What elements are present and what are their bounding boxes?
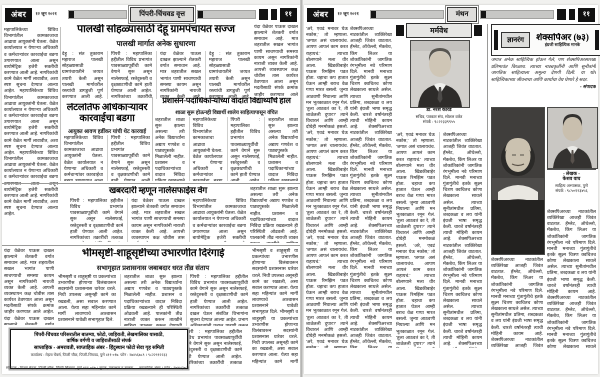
body-column: शेक्सपिअरच्या नाटकांतील व्यक्तिरेखा आजही… [350, 26, 392, 348]
body-column: पिंपरी : महापालिका हद्दीतील विविध प्रभाग… [227, 117, 261, 181]
body-column: पिंपरी : महापालिका हद्दीतील विविध प्रभाग… [107, 51, 152, 99]
man-portrait-icon [548, 108, 597, 168]
body-column: शहरातील शाळा सुरू झाल्या असल्या तरी अनेक… [120, 274, 182, 326]
page-fold-divider [300, 0, 303, 377]
body-column: पिंपरी : महापालिका हद्दीतील विविध प्रभाग… [184, 329, 242, 366]
body-column: भीमसृष्टी व शाहूसृष्टी या प्रकल्पांच्या … [252, 248, 298, 365]
marmvedh-columns: 'अरे, एवढं मनावर घेऊ नकोस,' तो म्हणाला. … [396, 132, 482, 348]
decor-block [569, 9, 575, 20]
decor-block [271, 9, 277, 20]
marmvedh-photo [410, 40, 470, 108]
shakespeare-title-wrap: शेक्सपिअर (७३) इंग्रजी साहित्यिक मानके [533, 33, 592, 47]
body-column: शहरातील शाळा सुरू झाल्या असल्या तरी अनेक… [250, 186, 298, 243]
dnyanrang-label: ज्ञानरंग [501, 32, 530, 48]
body-column: पिंपरी : महापालिका हद्दीतील विविध प्रभाग… [107, 135, 150, 181]
newspaper-spread: अंबर १२ जून २०२१ पिंपरी-चिंचवड वृत्त ११ … [0, 0, 600, 377]
body-column: शेक्सपिअरच्या नाटकांतील व्यक्तिरेखा आजही… [491, 257, 543, 349]
column-header-marmvedh: मर्मवेध [396, 24, 482, 37]
ad-box: पिंपरी-चिंचवड परिसरातील बातम्या, फोटो, ज… [10, 329, 188, 369]
body-column: शेक्सपिअरच्या नाटकांतील व्यक्तिरेखा आजही… [547, 209, 596, 348]
subhead-vidyarthi: शाळा सुरू होऊनही विद्यार्थी शालेय साहित्… [155, 108, 298, 116]
caption-phone: संपर्क : ९८२२३३९९५५ [396, 119, 482, 124]
body-column: पिंपरी : महापालिका हद्दीतील विविध प्रभाग… [70, 198, 123, 242]
masthead-bar [197, 10, 256, 19]
page-left: अंबर १२ जून २०२१ पिंपरी-चिंचवड वृत्त ११ … [2, 5, 300, 374]
column-header-dnyanrang: ज्ञानरंग शेक्सपिअर (७३) इंग्रजी साहित्यि… [491, 24, 600, 56]
ad-line: साप्ताहिक - अमरावती, साप्ताहिक अंबर - हि… [14, 345, 184, 352]
article-vidyarthi-columns: शहरातील शाळा सुरू झाल्या असल्या तरी अनेक… [155, 117, 298, 181]
page-right: अंबर १२ जून २०२१ मंथन ११ 'अरे, एवढं मनाव… [304, 5, 598, 374]
headline-vidyarthi: प्रशासन-पदाधिकाऱ्यांच्या वादात विद्यार्थ… [155, 97, 298, 106]
body-column: यंदा वेळेवर पाऊस दाखल झाल्याने शेतकरी वर… [254, 24, 298, 99]
ad-line: पिंपरी-चिंचवड परिसरातील बातम्या, फोटो, ज… [14, 333, 184, 339]
body-column: भीमसृष्टी व शाहूसृष्टी या प्रकल्पांच्या … [58, 274, 116, 326]
headline-nalesafai: खबरदारी म्हणून नालेसफाईस वेग [70, 186, 246, 196]
marmvedh-caption: डॉ. नरेश कोरडे सचिव, पत्रकार संघ, सोशल व… [396, 108, 482, 130]
body-column: यंदा वेळेवर पाऊस दाखल झाल्याने शेतकरी वर… [4, 248, 54, 325]
headline-karvai: लेटलतिफ अधिकाऱ्यांवर कारवाईचा बडगा [64, 103, 150, 125]
author-photo [547, 107, 598, 169]
body-column: 'अरे, एवढं मनावर घेऊ नकोस,' तो म्हणाला. … [396, 132, 435, 348]
article-bhimsrushti-columns: भीमसृष्टी व शाहूसृष्टी या प्रकल्पांच्या … [58, 274, 248, 326]
body-column: देहू : संत तुकाराम महाराज पालखी सोहळ्यास… [205, 51, 250, 99]
masthead-bar [370, 10, 443, 19]
masthead-logo: अंबर [5, 8, 32, 22]
section-label-left: पिंपरी-चिंचवड वृत्त [130, 7, 194, 22]
body-column: शहरातील शाळा सुरू झाल्या असल्या तरी अनेक… [155, 117, 185, 181]
section-rule [2, 183, 300, 184]
shakespeare-portrait-icon [492, 108, 544, 254]
headline-bhimsrushti: भीमसृष्टी-शाहूसृष्टीच्या उभारणीत दिरंगाई [58, 248, 248, 260]
masthead-date: १२ जून २०२१ [35, 12, 65, 17]
body-column: महापालिकेच्या विविध विभागांतील कामकाजाचा… [64, 135, 103, 181]
decor-block [557, 9, 566, 20]
subhead-bhimsrushti: सभागृहात प्रशासनास जबाबदार धरत तीव्र संत… [58, 263, 248, 272]
imprint-line: संपादक : विजय मेहता, पिंपरी चौक, पिंपरी-… [6, 366, 291, 371]
decor-block [494, 30, 498, 50]
column-rule [60, 27, 61, 181]
author-caption: - लेखक - केशव वाघ साहित्य अभ्यासक, पुणे … [547, 169, 596, 208]
body-column: यंदा वेळेवर पाऊस दाखल झाल्याने शेतकरी वर… [127, 198, 184, 242]
page-number-right: ११ [578, 8, 595, 22]
body-column: शहरातील शाळा सुरू झाल्या असल्या तरी अनेक… [264, 117, 298, 181]
intro-signature: - संपादक [491, 84, 596, 91]
marmvedh-title: मर्मवेध [406, 23, 472, 38]
article-palkhi-columns: देहू : संत तुकाराम महाराज पालखी सोहळ्यास… [62, 51, 250, 99]
decor-block [259, 9, 268, 20]
decor-block [396, 25, 404, 36]
subhead-karvai: आयुक्त श्रावण हर्डीकर यांची थेट कारवाई [64, 127, 150, 135]
section-label-right: मंथन [447, 7, 478, 22]
masthead-left: अंबर १२ जून २०२१ पिंपरी-चिंचवड वृत्त ११ [2, 7, 300, 22]
body-column: शेक्सपिअरच्या नाटकांतील व्यक्तिरेखा आजही… [439, 132, 482, 348]
body-column: महापालिकेच्या विविध विभागांतील कामकाजाचा… [189, 117, 223, 181]
headline-palkhi: पालखी सोहळ्यासाठी देहू ग्रामपंचायत सज्ज [62, 24, 250, 36]
dnyanrang-intro: जगात अनेक साहित्यिक होऊन गेले, पण शेक्सप… [491, 57, 596, 104]
section-rule-vertical [487, 24, 488, 349]
article-nalesafai-columns: पिंपरी : महापालिका हद्दीतील विविध प्रभाग… [70, 198, 246, 242]
shakespeare-portrait [491, 107, 545, 255]
body-column: महापालिकेच्या विविध विभागांतील कामकाजाचा… [4, 27, 58, 243]
page-number-left: ११ [280, 8, 297, 22]
caption-phone: संपर्क : ९८५०१२३४५६ [547, 188, 596, 193]
article-karvai-columns: महापालिकेच्या विविध विभागांतील कामकाजाचा… [64, 135, 150, 181]
masthead-bar [68, 10, 127, 19]
decor-block [474, 25, 482, 36]
decor-block [595, 30, 599, 50]
body-column: देहू : संत तुकाराम महाराज पालखी सोहळ्यास… [62, 51, 103, 99]
masthead-logo: अंबर [307, 8, 334, 22]
body-column: पिंपरी : महापालिका हद्दीतील विविध प्रभाग… [186, 274, 248, 326]
column-rule [152, 97, 153, 181]
man-portrait-icon [411, 41, 469, 107]
masthead-right: अंबर १२ जून २०२१ मंथन ११ [304, 7, 598, 22]
shakespeare-subtitle: इंग्रजी साहित्यिक मानके [533, 43, 592, 47]
ad-contact-line: कार्यालय : मेहता चेंबर्स, पिंपरी चौक, पि… [14, 353, 184, 358]
subhead-palkhi: पालखी मार्गात अनेक सुधारणा [62, 39, 250, 49]
body-column: महापालिकेच्या विविध विभागांतील कामकाजाचा… [189, 198, 246, 242]
masthead-date: १२ जून २०२१ [337, 12, 367, 17]
masthead-bar [480, 10, 553, 19]
intro-text: जगात अनेक साहित्यिक होऊन गेले, पण शेक्सप… [491, 57, 596, 82]
section-rule [2, 245, 300, 246]
body-column: 'अरे, एवढं मनावर घेऊ नकोस,' तो म्हणाला. … [306, 26, 348, 348]
body-column: यंदा वेळेवर पाऊस दाखल झाल्याने शेतकरी वर… [156, 51, 201, 99]
